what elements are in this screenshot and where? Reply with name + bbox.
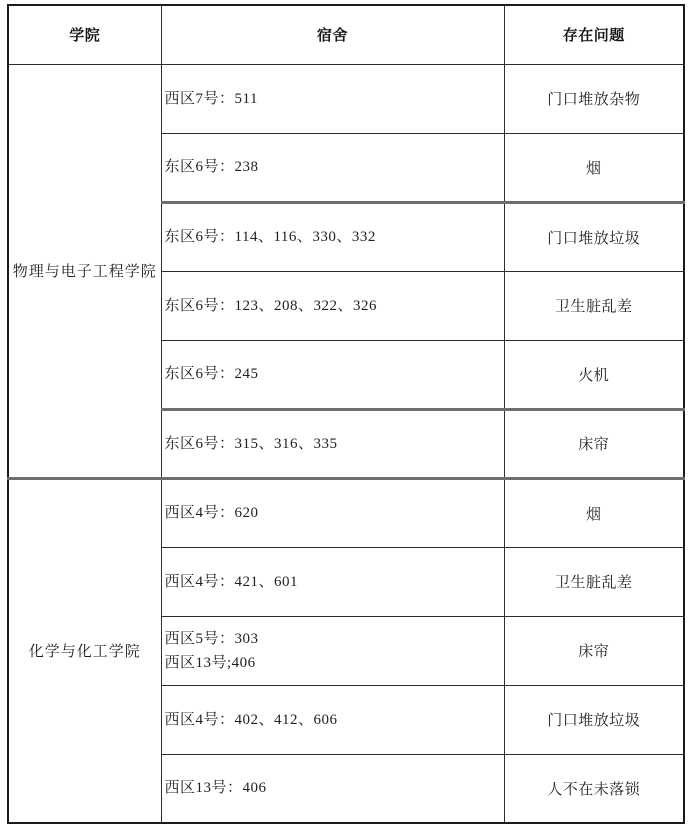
dorm-line: 西区5号：303 xyxy=(165,627,504,651)
college-cell: 化学与化工学院 xyxy=(8,478,161,823)
dorm-line: 东区6号：123、208、322、326 xyxy=(165,294,504,318)
dorm-cell: 东区6号：238 xyxy=(161,133,504,202)
dorm-line: 西区4号：421、601 xyxy=(165,570,504,594)
header-problem: 存在问题 xyxy=(504,5,684,64)
college-cell: 物理与电子工程学院 xyxy=(8,64,161,478)
table-row: 化学与化工学院西区4号：620烟 xyxy=(8,478,684,547)
dorm-cell: 西区4号：620 xyxy=(161,478,504,547)
problem-cell: 门口堆放垃圾 xyxy=(504,685,684,754)
dorm-cell: 西区4号：421、601 xyxy=(161,547,504,616)
dorm-line: 东区6号：238 xyxy=(165,155,504,179)
dorm-cell: 西区5号：303西区13号;406 xyxy=(161,616,504,685)
dorm-cell: 东区6号：123、208、322、326 xyxy=(161,271,504,340)
header-college: 学院 xyxy=(8,5,161,64)
dorm-line: 西区13号;406 xyxy=(165,651,504,675)
problem-cell: 门口堆放垃圾 xyxy=(504,202,684,271)
problem-cell: 床帘 xyxy=(504,616,684,685)
dorm-line: 西区4号：402、412、606 xyxy=(165,708,504,732)
dorm-line: 东区6号：315、316、335 xyxy=(165,432,504,456)
dorm-cell: 西区13号：406 xyxy=(161,754,504,823)
dorm-cell: 东区6号：114、116、330、332 xyxy=(161,202,504,271)
problem-cell: 卫生脏乱差 xyxy=(504,271,684,340)
dorm-cell: 东区6号：315、316、335 xyxy=(161,409,504,478)
problem-cell: 卫生脏乱差 xyxy=(504,547,684,616)
dorm-cell: 西区7号：511 xyxy=(161,64,504,133)
problem-cell: 人不在未落锁 xyxy=(504,754,684,823)
problem-cell: 床帘 xyxy=(504,409,684,478)
dorm-line: 西区7号：511 xyxy=(165,87,504,111)
problem-cell: 烟 xyxy=(504,133,684,202)
problem-cell: 火机 xyxy=(504,340,684,409)
dorm-issues-table: 学院 宿舍 存在问题 物理与电子工程学院西区7号：511门口堆放杂物东区6号：2… xyxy=(7,4,685,824)
header-dorm: 宿舍 xyxy=(161,5,504,64)
dorm-line: 东区6号：114、116、330、332 xyxy=(165,225,504,249)
dorm-cell: 西区4号：402、412、606 xyxy=(161,685,504,754)
problem-cell: 烟 xyxy=(504,478,684,547)
dorm-line: 东区6号：245 xyxy=(165,362,504,386)
table-body: 物理与电子工程学院西区7号：511门口堆放杂物东区6号：238烟东区6号：114… xyxy=(8,64,684,823)
dorm-line: 西区13号：406 xyxy=(165,776,504,800)
dorm-cell: 东区6号：245 xyxy=(161,340,504,409)
table-header: 学院 宿舍 存在问题 xyxy=(8,5,684,64)
header-row: 学院 宿舍 存在问题 xyxy=(8,5,684,64)
table-row: 物理与电子工程学院西区7号：511门口堆放杂物 xyxy=(8,64,684,133)
problem-cell: 门口堆放杂物 xyxy=(504,64,684,133)
dorm-line: 西区4号：620 xyxy=(165,501,504,525)
